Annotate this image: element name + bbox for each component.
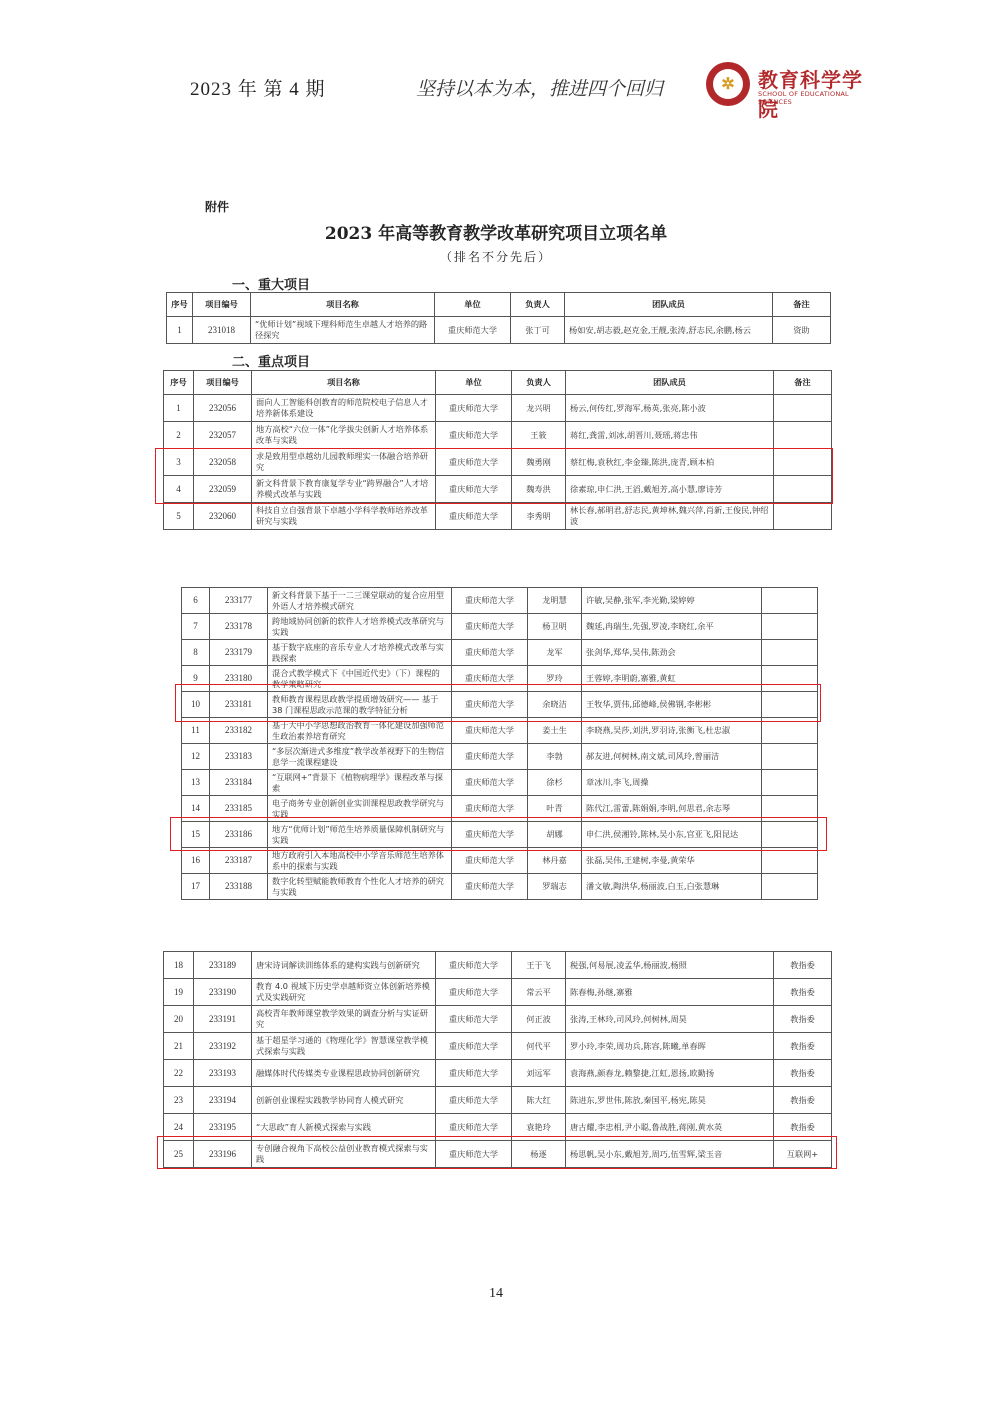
cell-seq: 19 — [164, 979, 194, 1006]
cell-unit: 重庆师范大学 — [452, 588, 528, 614]
cell-team: 章冰川,李飞,周操 — [582, 770, 762, 796]
table-row: 5232060科技自立自强背景下卓越小学科学教师培养改革研究与实践重庆师范大学李… — [164, 503, 832, 530]
column-header: 备注 — [773, 293, 831, 317]
cell-note: 教指委 — [774, 952, 832, 979]
cell-unit: 重庆师范大学 — [436, 1141, 512, 1168]
cell-seq: 1 — [164, 395, 194, 422]
cell-leader: 龙明慧 — [528, 588, 582, 614]
cell-team: 张剑华,郑华,吴伟,陈劲会 — [582, 640, 762, 666]
cell-name: 地方高校“六位一体”化学拔尖创新人才培养体系改革与实践 — [252, 422, 436, 449]
column-header: 项目编号 — [194, 371, 252, 395]
table-row: 1231018“优师计划”视域下理科师范生卓越人才培养的路径探究重庆师范大学张丁… — [167, 317, 831, 344]
cell-unit: 重庆师范大学 — [452, 770, 528, 796]
cell-leader: 王于飞 — [512, 952, 566, 979]
cell-team: 王蓉婷,李明蔚,寨雅,黄虹 — [582, 666, 762, 692]
cell-team: 陈进东,罗世伟,陈放,秦国平,杨宪,陈昊 — [566, 1087, 774, 1114]
column-header: 负责人 — [511, 293, 565, 317]
column-header: 单位 — [435, 293, 511, 317]
cell-code: 232060 — [194, 503, 252, 530]
cell-note — [774, 449, 832, 476]
cell-leader: 罗玲 — [528, 666, 582, 692]
cell-note: 教指委 — [774, 1114, 832, 1141]
cell-code: 231018 — [193, 317, 251, 344]
cell-team: 王牧华,贾伟,邱德峰,侯佛钢,李彬彬 — [582, 692, 762, 718]
cell-team: 潘文敏,陶洪华,杨丽波,白玉,白张慧琳 — [582, 874, 762, 900]
column-header: 备注 — [774, 371, 832, 395]
cell-leader: 袁艳玲 — [512, 1114, 566, 1141]
cell-seq: 4 — [164, 476, 194, 503]
cell-note — [762, 822, 818, 848]
cell-code: 233191 — [194, 1006, 252, 1033]
table-row: 19233190教育 4.0 视域下历史学卓越师资立体创新培养模式及实践研究重庆… — [164, 979, 832, 1006]
general-projects-table-a: 6233177新文科背景下基于一二三课堂联动的复合应用型外语人才培养模式研究重庆… — [181, 587, 818, 900]
cell-name: 基于超星学习通的《物理化学》智慧课堂教学模式探索与实践 — [252, 1033, 436, 1060]
cell-seq: 10 — [182, 692, 210, 718]
cell-unit: 重庆师范大学 — [436, 1033, 512, 1060]
section-heading-major: 一、重大项目 — [232, 274, 310, 293]
cell-team: 陈代江,雷蕾,陈娟娟,李明,何思君,余志琴 — [582, 796, 762, 822]
cell-seq: 7 — [182, 614, 210, 640]
column-header: 项目名称 — [251, 293, 435, 317]
cell-unit: 重庆师范大学 — [436, 1060, 512, 1087]
cell-seq: 14 — [182, 796, 210, 822]
table-row: 12233183“多层次渐进式多维度”教学改革视野下的生物信息学一流课程建设重庆… — [182, 744, 818, 770]
table-row: 18233189唐宋诗词解读训练体系的建构实践与创新研究重庆师范大学王于飞税强,… — [164, 952, 832, 979]
cell-code: 233185 — [210, 796, 268, 822]
table-row: 9233180混合式教学模式下《中国近代史》（下）课程的教学策略研究重庆师范大学… — [182, 666, 818, 692]
table-row: 17233188数字化转型赋能教师教育个性化人才培养的研究与实践重庆师范大学罗瑞… — [182, 874, 818, 900]
cell-unit: 重庆师范大学 — [436, 979, 512, 1006]
table-row: 14233185电子商务专业创新创业实训课程思政教学研究与实践重庆师范大学叶青陈… — [182, 796, 818, 822]
cell-team: 张涛,王林玲,司风玲,何树林,周昊 — [566, 1006, 774, 1033]
table-row: 2232057地方高校“六位一体”化学拔尖创新人才培养体系改革与实践重庆师范大学… — [164, 422, 832, 449]
school-logo: ✲ 教育科学学院 SCHOOL OF EDUCATIONAL SCIENCES — [706, 62, 876, 110]
cell-unit: 重庆师范大学 — [435, 317, 511, 344]
cell-seq: 23 — [164, 1087, 194, 1114]
cell-code: 232057 — [194, 422, 252, 449]
cell-leader: 陈大红 — [512, 1087, 566, 1114]
column-header: 团队成员 — [565, 293, 773, 317]
table-row-highlighted: 10233181教师教育课程思政教学提质增效研究—— 基于 38 门课程思政示范… — [182, 692, 818, 718]
logo-subtitle: SCHOOL OF EDUCATIONAL SCIENCES — [758, 90, 876, 106]
column-header: 单位 — [436, 371, 512, 395]
cell-name: 面向人工智能科创教育的师范院校电子信息人才培养新体系建设 — [252, 395, 436, 422]
cell-seq: 3 — [164, 449, 194, 476]
cell-name: “优师计划”视域下理科师范生卓越人才培养的路径探究 — [251, 317, 435, 344]
attachment-label: 附件 — [205, 198, 229, 215]
cell-name: 新文科背景下教育康复学专业“跨界融合”人才培养模式改革与实践 — [252, 476, 436, 503]
cell-seq: 6 — [182, 588, 210, 614]
cell-name: 教育 4.0 视域下历史学卓越师资立体创新培养模式及实践研究 — [252, 979, 436, 1006]
cell-note — [762, 588, 818, 614]
document-subtitle: （排名不分先后） — [0, 248, 992, 265]
cell-code: 233192 — [194, 1033, 252, 1060]
column-header: 项目名称 — [252, 371, 436, 395]
cell-code: 233193 — [194, 1060, 252, 1087]
cell-leader: 张丁可 — [511, 317, 565, 344]
cell-leader: 胡娜 — [528, 822, 582, 848]
cell-team: 申仁洪,侯湘铃,陈林,吴小东,官亚飞,阳昆达 — [582, 822, 762, 848]
cell-unit: 重庆师范大学 — [452, 640, 528, 666]
cell-note — [762, 744, 818, 770]
slogan: 坚持以本为本，推进四个回归 — [416, 74, 663, 101]
cell-leader: 龙军 — [528, 640, 582, 666]
cell-leader: 姜土生 — [528, 718, 582, 744]
cell-leader: 徐杉 — [528, 770, 582, 796]
seal-icon: ✲ — [706, 62, 750, 106]
cell-team: 罗小玲,李荣,周功兵,陈容,陈曦,单春晖 — [566, 1033, 774, 1060]
cell-code: 232058 — [194, 449, 252, 476]
cell-name: 创新创业课程实践教学协同育人模式研究 — [252, 1087, 436, 1114]
cell-code: 233181 — [210, 692, 268, 718]
table-row: 11233182基于大中小学思想政治教育一体化建设加强师范生政治素养培育研究重庆… — [182, 718, 818, 744]
cell-name: 地方“优师计划”师范生培养质量保障机制研究与实践 — [268, 822, 452, 848]
cell-note: 教指委 — [774, 1006, 832, 1033]
cell-seq: 9 — [182, 666, 210, 692]
cell-note — [762, 666, 818, 692]
cell-leader: 李秀明 — [512, 503, 566, 530]
key-projects-table: 序号项目编号项目名称单位负责人团队成员备注1232056面向人工智能科创教育的师… — [163, 370, 832, 530]
cell-code: 233183 — [210, 744, 268, 770]
cell-note: 教指委 — [774, 1060, 832, 1087]
cell-team: 徐素琼,申仁洪,王滔,戴旭芳,高小慧,廖诗芳 — [566, 476, 774, 503]
cell-unit: 重庆师范大学 — [436, 952, 512, 979]
cell-unit: 重庆师范大学 — [452, 874, 528, 900]
cell-note — [762, 640, 818, 666]
cell-note — [774, 503, 832, 530]
cell-name: 基于大中小学思想政治教育一体化建设加强师范生政治素养培育研究 — [268, 718, 452, 744]
cell-team: 蒋红,龚雷,刘冰,胡晋川,聂瑶,蒋忠伟 — [566, 422, 774, 449]
cell-seq: 13 — [182, 770, 210, 796]
cell-code: 233182 — [210, 718, 268, 744]
table-row: 24233195“大思政”育人新模式探索与实践重庆师范大学袁艳玲唐古耀,李忠相,… — [164, 1114, 832, 1141]
cell-name: 混合式教学模式下《中国近代史》（下）课程的教学策略研究 — [268, 666, 452, 692]
cell-code: 233194 — [194, 1087, 252, 1114]
cell-seq: 2 — [164, 422, 194, 449]
cell-leader: 魏勇刚 — [512, 449, 566, 476]
cell-note — [762, 796, 818, 822]
cell-note: 教指委 — [774, 979, 832, 1006]
table-row: 22233193融媒体时代传媒类专业课程思政协同创新研究重庆师范大学刘远军袁海燕… — [164, 1060, 832, 1087]
cell-unit: 重庆师范大学 — [436, 476, 512, 503]
table-row-highlighted: 3232058求是致用型卓越幼儿园教师理实一体融合培养研究重庆师范大学魏勇刚蔡红… — [164, 449, 832, 476]
cell-team: 李晓燕,吴莎,刘洪,罗羽诗,张衡飞,杜忠淑 — [582, 718, 762, 744]
table-row: 21233192基于超星学习通的《物理化学》智慧课堂教学模式探索与实践重庆师范大… — [164, 1033, 832, 1060]
cell-code: 232059 — [194, 476, 252, 503]
cell-team: 陈春梅,孙继,寨雅 — [566, 979, 774, 1006]
cell-leader: 何正波 — [512, 1006, 566, 1033]
cell-name: 新文科背景下基于一二三课堂联动的复合应用型外语人才培养模式研究 — [268, 588, 452, 614]
table-row: 8233179基于数字底座的音乐专业人才培养模式改革与实践探索重庆师范大学龙军张… — [182, 640, 818, 666]
cell-seq: 21 — [164, 1033, 194, 1060]
cell-seq: 1 — [167, 317, 193, 344]
cell-unit: 重庆师范大学 — [452, 614, 528, 640]
cell-name: 求是致用型卓越幼儿园教师理实一体融合培养研究 — [252, 449, 436, 476]
table-row-highlighted: 15233186地方“优师计划”师范生培养质量保障机制研究与实践重庆师范大学胡娜… — [182, 822, 818, 848]
cell-unit: 重庆师范大学 — [452, 744, 528, 770]
cell-name: 地方政府引入本地高校中小学音乐师范生培养体系中的探索与实践 — [268, 848, 452, 874]
table-header-row: 序号项目编号项目名称单位负责人团队成员备注 — [164, 371, 832, 395]
cell-team: 许敏,吴静,张军,李光勤,梁婷婷 — [582, 588, 762, 614]
cell-code: 233178 — [210, 614, 268, 640]
cell-leader: 刘远军 — [512, 1060, 566, 1087]
cell-name: 基于数字底座的音乐专业人才培养模式改革与实践探索 — [268, 640, 452, 666]
cell-leader: 龙兴明 — [512, 395, 566, 422]
page-header: 2023 年 第 4 期 坚持以本为本，推进四个回归 ✲ 教育科学学院 SCHO… — [0, 62, 992, 112]
cell-seq: 18 — [164, 952, 194, 979]
cell-code: 233190 — [194, 979, 252, 1006]
cell-leader: 罗瑞志 — [528, 874, 582, 900]
cell-leader: 常云平 — [512, 979, 566, 1006]
cell-team: 林长春,郝明君,舒志民,黄坤林,魏兴萍,肖新,王俊民,钟绍波 — [566, 503, 774, 530]
cell-team: 蔡红梅,袁秋红,李金臻,陈洪,庞青,顾本柏 — [566, 449, 774, 476]
cell-team: 张磊,吴伟,王建树,李曼,黄荣华 — [582, 848, 762, 874]
cell-unit: 重庆师范大学 — [436, 1114, 512, 1141]
cell-seq: 24 — [164, 1114, 194, 1141]
cell-name: 跨地域协同创新的软件人才培养模式改革研究与实践 — [268, 614, 452, 640]
cell-note — [762, 692, 818, 718]
cell-code: 233188 — [210, 874, 268, 900]
cell-note: 资助 — [773, 317, 831, 344]
cell-note — [762, 614, 818, 640]
column-header: 负责人 — [512, 371, 566, 395]
column-header: 序号 — [164, 371, 194, 395]
table-row: 20233191高校青年教师课堂教学效果的调查分析与实证研究重庆师范大学何正波张… — [164, 1006, 832, 1033]
cell-leader: 魏寿洪 — [512, 476, 566, 503]
cell-leader: 余晓洁 — [528, 692, 582, 718]
table-row: 16233187地方政府引入本地高校中小学音乐师范生培养体系中的探索与实践重庆师… — [182, 848, 818, 874]
cell-code: 233189 — [194, 952, 252, 979]
cell-unit: 重庆师范大学 — [452, 666, 528, 692]
cell-code: 233187 — [210, 848, 268, 874]
cell-name: “多层次渐进式多维度”教学改革视野下的生物信息学一流课程建设 — [268, 744, 452, 770]
table-row-highlighted: 25233196专创融合视角下高校公益创业教育模式探索与实践重庆师范大学杨逐杨思… — [164, 1141, 832, 1168]
cell-unit: 重庆师范大学 — [452, 822, 528, 848]
cell-seq: 22 — [164, 1060, 194, 1087]
issue-label: 2023 年 第 4 期 — [190, 74, 326, 101]
cell-name: 融媒体时代传媒类专业课程思政协同创新研究 — [252, 1060, 436, 1087]
table-row: 6233177新文科背景下基于一二三课堂联动的复合应用型外语人才培养模式研究重庆… — [182, 588, 818, 614]
cell-name: 电子商务专业创新创业实训课程思政教学研究与实践 — [268, 796, 452, 822]
cell-unit: 重庆师范大学 — [452, 848, 528, 874]
cell-leader: 李勃 — [528, 744, 582, 770]
cell-name: “互联网+”背景下《植物病理学》课程改革与探索 — [268, 770, 452, 796]
cell-team: 魏延,冉瑞生,先强,罗凌,李晓红,余平 — [582, 614, 762, 640]
cell-unit: 重庆师范大学 — [436, 1087, 512, 1114]
cell-code: 233180 — [210, 666, 268, 692]
cell-note — [774, 422, 832, 449]
cell-note: 教指委 — [774, 1087, 832, 1114]
cell-team: 郝友进,何树林,南文斌,司风玲,曾丽洁 — [582, 744, 762, 770]
cell-leader: 杨卫明 — [528, 614, 582, 640]
cell-leader: 杨逐 — [512, 1141, 566, 1168]
page-number: 14 — [0, 1286, 992, 1302]
cell-seq: 11 — [182, 718, 210, 744]
cell-note: 教指委 — [774, 1033, 832, 1060]
cell-leader: 林丹嘉 — [528, 848, 582, 874]
cell-seq: 25 — [164, 1141, 194, 1168]
cell-unit: 重庆师范大学 — [452, 692, 528, 718]
cell-leader: 王筱 — [512, 422, 566, 449]
cell-team: 杨思帆,吴小东,戴旭芳,周巧,伍雪辉,梁玉音 — [566, 1141, 774, 1168]
cell-name: 唐宋诗词解读训练体系的建构实践与创新研究 — [252, 952, 436, 979]
column-header: 团队成员 — [566, 371, 774, 395]
cell-code: 232056 — [194, 395, 252, 422]
cell-name: 高校青年教师课堂教学效果的调查分析与实证研究 — [252, 1006, 436, 1033]
cell-note — [762, 874, 818, 900]
cell-code: 233177 — [210, 588, 268, 614]
cell-seq: 16 — [182, 848, 210, 874]
cell-unit: 重庆师范大学 — [436, 1006, 512, 1033]
cell-note — [774, 395, 832, 422]
cell-seq: 8 — [182, 640, 210, 666]
general-projects-table-b: 18233189唐宋诗词解读训练体系的建构实践与创新研究重庆师范大学王于飞税强,… — [163, 951, 832, 1168]
cell-code: 233184 — [210, 770, 268, 796]
major-projects-table: 序号项目编号项目名称单位负责人团队成员备注1231018“优师计划”视域下理科师… — [166, 292, 831, 344]
cell-leader: 何代平 — [512, 1033, 566, 1060]
cell-code: 233195 — [194, 1114, 252, 1141]
cell-name: “大思政”育人新模式探索与实践 — [252, 1114, 436, 1141]
cell-code: 233196 — [194, 1141, 252, 1168]
column-header: 序号 — [167, 293, 193, 317]
cell-name: 数字化转型赋能教师教育个性化人才培养的研究与实践 — [268, 874, 452, 900]
cell-unit: 重庆师范大学 — [436, 449, 512, 476]
column-header: 项目编号 — [193, 293, 251, 317]
table-row-highlighted: 4232059新文科背景下教育康复学专业“跨界融合”人才培养模式改革与实践重庆师… — [164, 476, 832, 503]
cell-seq: 20 — [164, 1006, 194, 1033]
cell-code: 233179 — [210, 640, 268, 666]
cell-code: 233186 — [210, 822, 268, 848]
cell-unit: 重庆师范大学 — [436, 422, 512, 449]
cell-team: 税强,何易展,凌孟华,杨丽波,杨照 — [566, 952, 774, 979]
cell-name: 专创融合视角下高校公益创业教育模式探索与实践 — [252, 1141, 436, 1168]
cell-team: 杨云,何传红,罗海军,杨英,张亮,陈小波 — [566, 395, 774, 422]
cell-note — [774, 476, 832, 503]
cell-unit: 重庆师范大学 — [436, 503, 512, 530]
cell-team: 杨如安,胡志毅,赵克金,王靓,张涛,舒志民,余鹏,杨云 — [565, 317, 773, 344]
cell-seq: 17 — [182, 874, 210, 900]
cell-unit: 重庆师范大学 — [452, 796, 528, 822]
cell-team: 袁海燕,颜春龙,赖黎捷,江虹,恩扬,欧勤扬 — [566, 1060, 774, 1087]
document-title: 2023 年高等教育教学改革研究项目立项名单 — [0, 219, 992, 244]
table-row: 7233178跨地域协同创新的软件人才培养模式改革研究与实践重庆师范大学杨卫明魏… — [182, 614, 818, 640]
table-header-row: 序号项目编号项目名称单位负责人团队成员备注 — [167, 293, 831, 317]
cell-unit: 重庆师范大学 — [452, 718, 528, 744]
table-row: 23233194创新创业课程实践教学协同育人模式研究重庆师范大学陈大红陈进东,罗… — [164, 1087, 832, 1114]
cell-unit: 重庆师范大学 — [436, 395, 512, 422]
cell-seq: 15 — [182, 822, 210, 848]
table-row: 1232056面向人工智能科创教育的师范院校电子信息人才培养新体系建设重庆师范大… — [164, 395, 832, 422]
cell-name: 科技自立自强背景下卓越小学科学教师培养改革研究与实践 — [252, 503, 436, 530]
cell-note — [762, 770, 818, 796]
section-heading-key: 二、重点项目 — [232, 351, 310, 370]
cell-note: 互联网+ — [774, 1141, 832, 1168]
cell-name: 教师教育课程思政教学提质增效研究—— 基于 38 门课程思政示范课的教学特征分析 — [268, 692, 452, 718]
cell-note — [762, 848, 818, 874]
cell-seq: 12 — [182, 744, 210, 770]
cell-note — [762, 718, 818, 744]
cell-team: 唐古耀,李忠相,尹小聪,鲁战胜,蒋刚,黄水英 — [566, 1114, 774, 1141]
cell-leader: 叶青 — [528, 796, 582, 822]
table-row: 13233184“互联网+”背景下《植物病理学》课程改革与探索重庆师范大学徐杉章… — [182, 770, 818, 796]
cell-seq: 5 — [164, 503, 194, 530]
